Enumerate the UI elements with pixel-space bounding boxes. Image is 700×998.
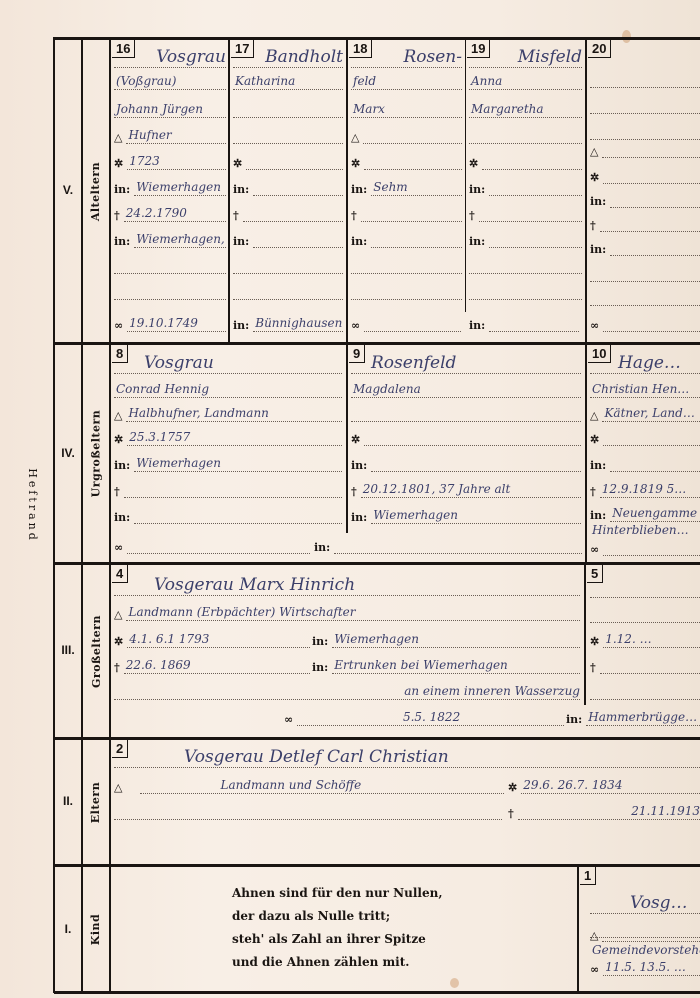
col-divider <box>577 867 579 991</box>
stain <box>450 978 459 988</box>
extra-line[interactable] <box>590 683 700 700</box>
col-divider <box>584 565 586 705</box>
death-date-field[interactable]: 21.11.1913 <box>518 803 700 820</box>
poem-line: Ahnen sind für den nur Nullen, <box>232 882 443 905</box>
place-label: in: <box>233 319 249 332</box>
death-place-field[interactable] <box>253 231 343 248</box>
occupation-field[interactable]: Kätner, Land… <box>602 405 700 422</box>
birth-icon: ✲ <box>233 157 242 170</box>
generation-numeral: III. <box>54 643 82 657</box>
extra-note[interactable]: Hinterblieben… <box>590 522 700 538</box>
marriage-date-field[interactable] <box>364 315 461 332</box>
occupation-field[interactable]: Landmann und Schöffe <box>140 777 504 794</box>
birth-date-field[interactable] <box>603 429 700 446</box>
given-name-field[interactable]: Anna <box>469 73 582 90</box>
death-date-field[interactable]: 22.6. 1869 <box>124 657 310 674</box>
extra-line[interactable] <box>590 123 700 140</box>
occupation-icon: △ <box>114 409 122 422</box>
place-label: in: <box>469 183 485 196</box>
death-date-field[interactable] <box>600 657 700 674</box>
given-name-field[interactable] <box>590 97 700 114</box>
birth-place-field[interactable]: Wiemerhagen <box>134 179 226 196</box>
given-name-field[interactable]: Christian Hen… <box>590 381 700 398</box>
death-place-field[interactable]: Ertrunken bei Wiemerhagen <box>332 657 580 674</box>
place-label: in: <box>590 195 606 208</box>
place-label: in: <box>590 243 606 256</box>
death-icon: † <box>114 485 120 498</box>
col-divider <box>346 40 348 342</box>
given-name-cont-field[interactable]: Margaretha <box>469 101 582 118</box>
marriage-place-field[interactable] <box>334 537 582 554</box>
marriage-icon: ∞ <box>351 319 360 332</box>
death-place-field[interactable] <box>371 231 462 248</box>
surname-note-field[interactable]: (Voßgrau) <box>114 73 226 90</box>
birth-icon: ✲ <box>590 433 599 446</box>
occupation-field[interactable] <box>351 405 581 422</box>
place-label: in: <box>114 183 130 196</box>
extra-line[interactable] <box>469 283 582 300</box>
birth-place-field[interactable] <box>610 455 700 472</box>
gen-divider <box>54 737 700 740</box>
death-icon: † <box>351 209 357 222</box>
place-label: in: <box>469 235 485 248</box>
generation-label: Urgroßeltern <box>82 345 110 562</box>
place-label: in: <box>566 713 582 726</box>
name-field[interactable]: Vosgerau Detlef Carl Christian <box>114 747 700 768</box>
occupation-field[interactable] <box>469 127 582 144</box>
extra-line[interactable] <box>233 283 343 300</box>
death-date-field[interactable]: 12.9.1819 5… <box>600 481 700 498</box>
occupation-icon: △ <box>590 409 598 422</box>
poem-line: der dazu als Nulle tritt; <box>232 905 443 928</box>
marriage-icon: ∞ <box>114 541 123 554</box>
left-border <box>53 37 55 993</box>
place-label: in: <box>351 511 367 524</box>
death-icon: † <box>233 209 239 222</box>
ancestor-number: 1 <box>580 867 596 885</box>
poem-line: steh' als Zahl an ihrer Spitze <box>232 928 443 951</box>
death-date-field[interactable]: 24.2.1790 <box>124 205 226 222</box>
marriage-date-field[interactable]: 19.10.1749 <box>127 315 226 332</box>
extra-line[interactable] <box>114 257 226 274</box>
place-label: in: <box>114 511 130 524</box>
birth-icon: ✲ <box>114 635 123 648</box>
place-label: in: <box>312 635 328 648</box>
place-label: in: <box>351 235 367 248</box>
birth-place-field[interactable] <box>610 191 700 208</box>
birth-date-field[interactable]: 25.3.1757 <box>127 429 342 446</box>
col-divider <box>346 345 348 533</box>
marriage-icon: ∞ <box>590 319 599 332</box>
death-icon: † <box>590 219 596 232</box>
marriage-place-field[interactable]: Hammerbrügge… <box>586 709 700 726</box>
birth-date-field[interactable] <box>364 429 581 446</box>
occupation-field[interactable]: Halbhufner, Landmann <box>126 405 342 422</box>
place-label: in: <box>114 235 130 248</box>
name-field[interactable] <box>590 581 700 598</box>
ancestor-number: 20 <box>588 40 611 58</box>
death-date-field[interactable] <box>124 481 342 498</box>
col-divider <box>585 40 587 342</box>
poem-line: und die Ahnen zählen mit. <box>232 951 443 974</box>
surname-field[interactable] <box>590 71 700 88</box>
marriage-icon: ∞ <box>284 713 293 726</box>
marriage-date-field[interactable] <box>603 539 700 556</box>
death-place-field[interactable] <box>610 239 700 256</box>
death-date-field[interactable] <box>243 205 343 222</box>
death-date-field[interactable] <box>600 215 700 232</box>
birth-date-field[interactable] <box>603 167 700 184</box>
birth-icon: ✲ <box>590 171 599 184</box>
marriage-date-field[interactable]: 5.5. 1822 <box>297 709 564 726</box>
occupation-field[interactable] <box>590 606 700 623</box>
generation-label: Großeltern <box>82 565 110 737</box>
extra-line[interactable] <box>351 257 462 274</box>
place-label: in: <box>314 541 330 554</box>
marriage-icon: ∞ <box>590 543 599 556</box>
death-place-field[interactable] <box>489 231 582 248</box>
death-icon: † <box>351 485 357 498</box>
given-name-field[interactable]: Katharina <box>233 73 343 90</box>
occupation-field[interactable] <box>233 127 343 144</box>
place-label: in: <box>351 459 367 472</box>
given-name-field[interactable]: Magdalena <box>351 381 581 398</box>
birth-date-field[interactable]: 1723 <box>127 153 226 170</box>
birth-icon: ✲ <box>114 157 123 170</box>
surname-field[interactable]: Vosgrau <box>114 353 342 374</box>
given-name-field[interactable]: Conrad Hennig <box>114 381 342 398</box>
occupation-icon: △ <box>114 781 122 794</box>
generation-numeral: V. <box>54 183 82 197</box>
binding-margin-label: Heftrand <box>22 420 42 590</box>
place-label: in: <box>233 235 249 248</box>
poem: Ahnen sind für den nur Nullen, der dazu … <box>232 882 443 974</box>
bottom-border <box>54 991 700 994</box>
col-divider <box>585 345 587 562</box>
death-icon: † <box>508 807 514 820</box>
death-place-field[interactable] <box>134 507 342 524</box>
birth-place-field[interactable]: Wiemerhagen <box>134 455 342 472</box>
place-label: in: <box>233 183 249 196</box>
name-field[interactable]: Vosg… <box>590 893 700 914</box>
birth-place-field[interactable]: Wiemerhagen <box>332 631 580 648</box>
marriage-icon: ∞ <box>114 319 123 332</box>
birth-place-field[interactable] <box>371 455 581 472</box>
death-place-field[interactable]: Wiemerhagen, Kirchspiel Bünnighausen <box>134 231 226 248</box>
marriage-icon: ∞ <box>590 963 599 976</box>
death-date-field[interactable] <box>479 205 582 222</box>
extra-line[interactable] <box>114 283 226 300</box>
death-icon: † <box>114 209 120 222</box>
given-name-field[interactable]: Marx <box>351 101 462 118</box>
occupation-icon: △ <box>114 131 122 144</box>
gen-divider <box>54 864 700 867</box>
generation-numeral: IV. <box>54 446 82 460</box>
birth-icon: ✲ <box>114 433 123 446</box>
occupation-icon: △ <box>351 131 359 144</box>
birth-place-field[interactable] <box>489 179 582 196</box>
surname-field[interactable]: Vosgrau <box>114 47 226 68</box>
death-note-field[interactable]: an einem inneren Wasserzug <box>114 683 580 700</box>
occupation-icon: △ <box>114 608 122 621</box>
extra-line[interactable] <box>590 289 700 306</box>
generation-label: Kind <box>82 867 110 991</box>
generation-label: Eltern <box>82 740 110 864</box>
generation-numeral: I. <box>54 922 82 936</box>
occupation-field[interactable] <box>363 127 462 144</box>
birth-place-field[interactable] <box>253 179 343 196</box>
place-label: in: <box>590 459 606 472</box>
generation-numeral: II. <box>54 794 82 808</box>
death-icon: † <box>590 661 596 674</box>
death-icon: † <box>590 485 596 498</box>
occupation-field[interactable]: Hufner <box>126 127 226 144</box>
surname-field[interactable]: Bandholt <box>233 47 343 68</box>
birth-date-field[interactable]: 4.1. 6.1 1793 <box>127 631 310 648</box>
surname-field[interactable]: Hage… <box>590 353 700 374</box>
birth-icon: ✲ <box>351 157 360 170</box>
surname-field[interactable]: Rosen- <box>351 47 462 68</box>
occupation-field[interactable] <box>602 141 700 158</box>
death-icon: † <box>114 661 120 674</box>
surname-cont-field[interactable]: feld <box>351 73 462 90</box>
birth-icon: ✲ <box>590 635 599 648</box>
death-date-field[interactable]: 20.12.1801, 37 Jahre alt <box>361 481 581 498</box>
marriage-date-field[interactable]: 11.5. 13.5. … <box>603 959 700 976</box>
generation-label: Alteltern <box>82 40 110 342</box>
birth-icon: ✲ <box>351 433 360 446</box>
col-divider <box>228 40 230 342</box>
death-icon: † <box>469 209 475 222</box>
birth-date-field[interactable]: 1.12. … <box>603 631 700 648</box>
marriage-place-field[interactable] <box>489 315 579 332</box>
marriage-place-field[interactable]: Bünnighausen <box>253 315 343 332</box>
extra-line[interactable] <box>233 257 343 274</box>
occupation-field[interactable]: Landmann (Erbpächter) Wirtschafter <box>126 604 580 621</box>
birth-date-field[interactable] <box>364 153 462 170</box>
marriage-date-field[interactable] <box>603 315 700 332</box>
surname-field[interactable]: Rosenfeld <box>351 353 581 374</box>
extra-line[interactable] <box>469 257 582 274</box>
place-label: in: <box>469 319 485 332</box>
marriage-date-field[interactable] <box>127 537 310 554</box>
extra-line[interactable] <box>351 283 462 300</box>
extra-line[interactable] <box>590 265 700 282</box>
place-label: in: <box>351 183 367 196</box>
given-name-field[interactable]: Johann Jürgen <box>114 101 226 118</box>
occupation-icon: △ <box>590 145 598 158</box>
place-label: in: <box>114 459 130 472</box>
name-field[interactable]: Vosgerau Marx Hinrich <box>114 575 580 596</box>
birth-icon: ✲ <box>469 157 478 170</box>
death-date-field[interactable] <box>361 205 462 222</box>
death-place-field[interactable]: Wiemerhagen <box>371 507 581 524</box>
occupation-note[interactable]: Gemeindevorsteher … <box>590 942 700 958</box>
birth-date-field[interactable]: 29.6. 26.7. 1834 <box>521 777 700 794</box>
birth-place-field[interactable]: Sehm <box>371 179 462 196</box>
col-divider-thin <box>465 40 466 312</box>
extra-line[interactable] <box>233 101 343 118</box>
birth-icon: ✲ <box>508 781 517 794</box>
birth-date-field[interactable] <box>482 153 582 170</box>
extra-line[interactable] <box>114 803 502 820</box>
place-label: in: <box>312 661 328 674</box>
surname-field[interactable]: Misfeld <box>469 47 582 68</box>
birth-date-field[interactable] <box>246 153 343 170</box>
